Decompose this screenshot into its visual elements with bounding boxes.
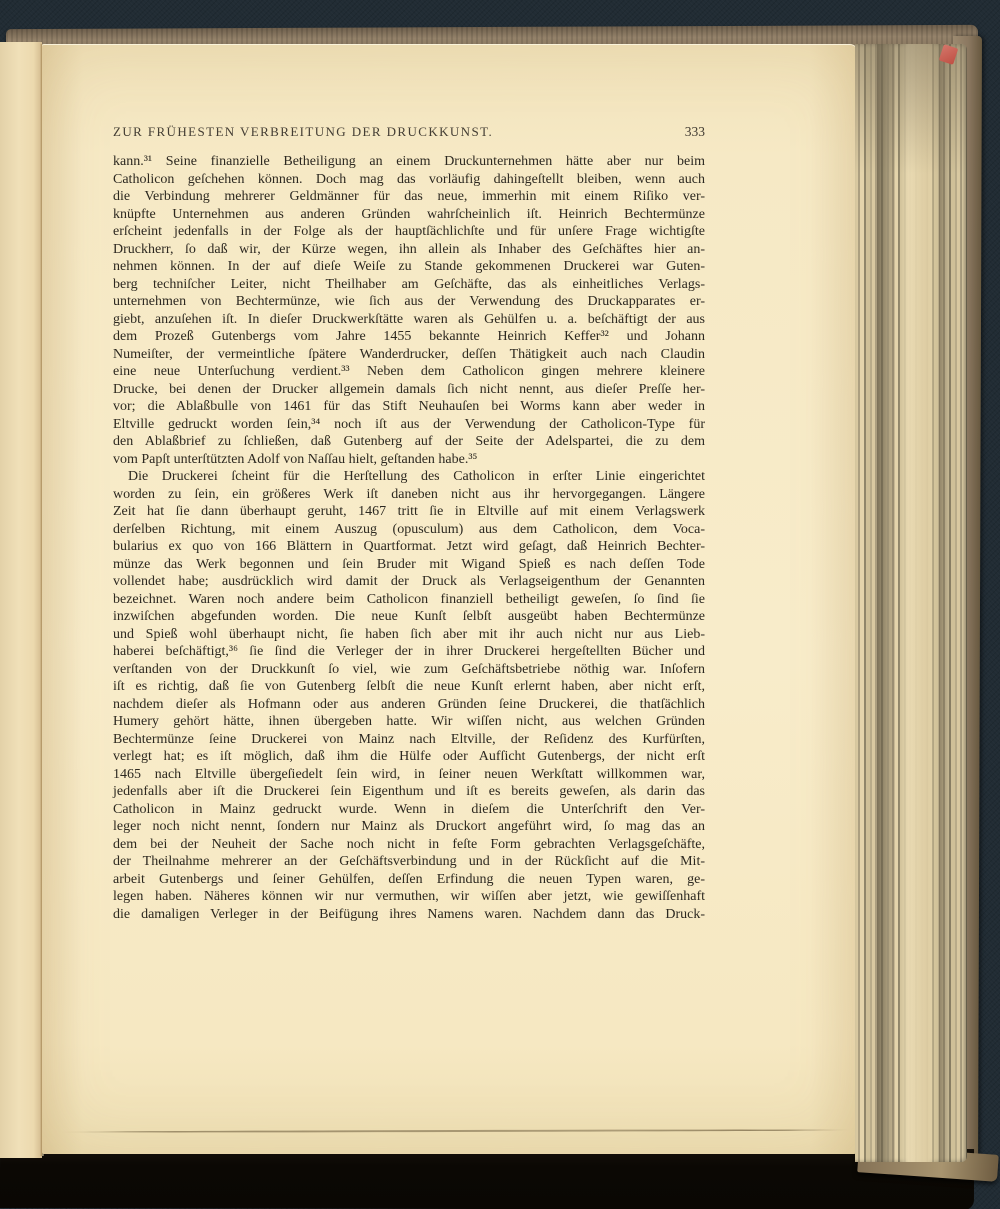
book-page: ZUR FRÜHESTEN VERBREITUNG DER DRUCKKUNST… xyxy=(42,44,858,1154)
text-line: Humery gehört hätte, ihnen übergeben hat… xyxy=(113,713,705,731)
fore-edge-groove xyxy=(877,44,895,1162)
text-line: giebt, anzuſehen iſt. In dieſer Druckwer… xyxy=(113,311,705,329)
fore-edge-page-stack xyxy=(855,44,967,1162)
fore-edge-groove xyxy=(939,44,951,1162)
text-line: bularius ex quo von 166 Blättern in Quar… xyxy=(113,538,705,556)
text-line: berg techniſcher Leiter, nicht Theilhabe… xyxy=(113,276,705,294)
text-line: vom Papſt unterſtützten Adolf von Naſſau… xyxy=(113,451,705,469)
text-line: dem bei der Neuheit der Sache noch nicht… xyxy=(113,836,705,854)
text-line: kann.³¹ Seine finanzielle Betheiligung a… xyxy=(113,153,705,171)
text-line: Catholicon geſchehen können. Doch mag da… xyxy=(113,171,705,189)
text-line: vollendet habe; ausdrücklich wird damit … xyxy=(113,573,705,591)
paper-wrinkle xyxy=(60,1129,852,1133)
text-line: inzwiſchen abgefunden worden. Die neue K… xyxy=(113,608,705,626)
book-bottom-shadow xyxy=(0,1147,974,1209)
text-line: verlegt hat; es iſt möglich, daß ihm die… xyxy=(113,748,705,766)
running-head: ZUR FRÜHESTEN VERBREITUNG DER DRUCKKUNST… xyxy=(113,124,493,140)
page-header: ZUR FRÜHESTEN VERBREITUNG DER DRUCKKUNST… xyxy=(113,124,705,140)
text-line: Zeit hat ſie dann überhaupt geruht, 1467… xyxy=(113,503,705,521)
text-line: und Spieß wohl überhaupt nicht, ſie habe… xyxy=(113,626,705,644)
paragraph: kann.³¹ Seine finanzielle Betheiligung a… xyxy=(113,153,705,468)
text-line: Eltville gedruckt worden ſein,³⁴ noch iſ… xyxy=(113,416,705,434)
text-line: derſelben Richtung, mit einem Auszug (op… xyxy=(113,521,705,539)
text-line: nachdem dieſer als Hofmann oder aus ande… xyxy=(113,696,705,714)
text-line: die damaligen Verleger in der Beifügung … xyxy=(113,906,705,924)
text-line: dem Prozeß Gutenbergs vom Jahre 1455 bek… xyxy=(113,328,705,346)
text-line: den Ablaßbrief zu ſchließen, daß Gutenbe… xyxy=(113,433,705,451)
fore-edge-light-band xyxy=(899,44,939,1162)
page-number: 333 xyxy=(685,124,705,140)
text-line: Catholicon in Mainz gedruckt wurde. Wenn… xyxy=(113,801,705,819)
text-line: Numeiſter, der vermeintliche ſpätere Wan… xyxy=(113,346,705,364)
text-line: worden zu ſein, ein größeres Werk iſt da… xyxy=(113,486,705,504)
text-line: verſtanden von der Druckkunſt ſo viel, w… xyxy=(113,661,705,679)
text-line: haberei beſchäftigt,³⁶ ſie ſind die Verl… xyxy=(113,643,705,661)
text-line: vor; die Ablaßbulle von 1461 für das Sti… xyxy=(113,398,705,416)
paragraph: Die Druckerei ſcheint für die Herſtellun… xyxy=(113,468,705,923)
text-line: bezeichnet. Waren noch andere beim Catho… xyxy=(113,591,705,609)
text-line: erſcheint jedenfalls in der Folge als de… xyxy=(113,223,705,241)
text-line: der Theilnahme mehrerer an der Geſchäfts… xyxy=(113,853,705,871)
text-line: unternehmen von Bechtermünze, wie ſich a… xyxy=(113,293,705,311)
text-line: leger noch nicht nennt, ſondern nur Main… xyxy=(113,818,705,836)
text-line: münze das Werk begonnen und ſein Bruder … xyxy=(113,556,705,574)
text-line: die Verbindung mehrerer Geldmänner für d… xyxy=(113,188,705,206)
text-block: kann.³¹ Seine finanzielle Betheiligung a… xyxy=(113,153,705,923)
text-line: 1465 nach Eltville übergeſiedelt ſein wi… xyxy=(113,766,705,784)
book-photo: ZUR FRÜHESTEN VERBREITUNG DER DRUCKKUNST… xyxy=(0,0,1000,1209)
text-line: Drucke, bei denen der Drucker allgemein … xyxy=(113,381,705,399)
text-line: Die Druckerei ſcheint für die Herſtellun… xyxy=(113,468,705,486)
text-line: Druckherr, ſo daß wir, der Kürze wegen, … xyxy=(113,241,705,259)
text-line: legen haben. Näheres können wir nur verm… xyxy=(113,888,705,906)
text-line: nehmen können. In der auf dieſe Weiſe zu… xyxy=(113,258,705,276)
text-line: iſt es richtig, daß ſie von Gutenberg ſe… xyxy=(113,678,705,696)
text-line: jedenfalls aber iſt die Druckerei ſein E… xyxy=(113,783,705,801)
text-line: arbeit Gutenbergs und ſeiner Gehülfen, d… xyxy=(113,871,705,889)
text-line: Bechtermünze ſeine Druckerei von Mainz n… xyxy=(113,731,705,749)
left-page-gutter-sliver xyxy=(0,42,42,1158)
text-line: knüpfte Unternehmen aus anderen Gründen … xyxy=(113,206,705,224)
text-line: eine neue Unterſuchung verdient.³³ Neben… xyxy=(113,363,705,381)
